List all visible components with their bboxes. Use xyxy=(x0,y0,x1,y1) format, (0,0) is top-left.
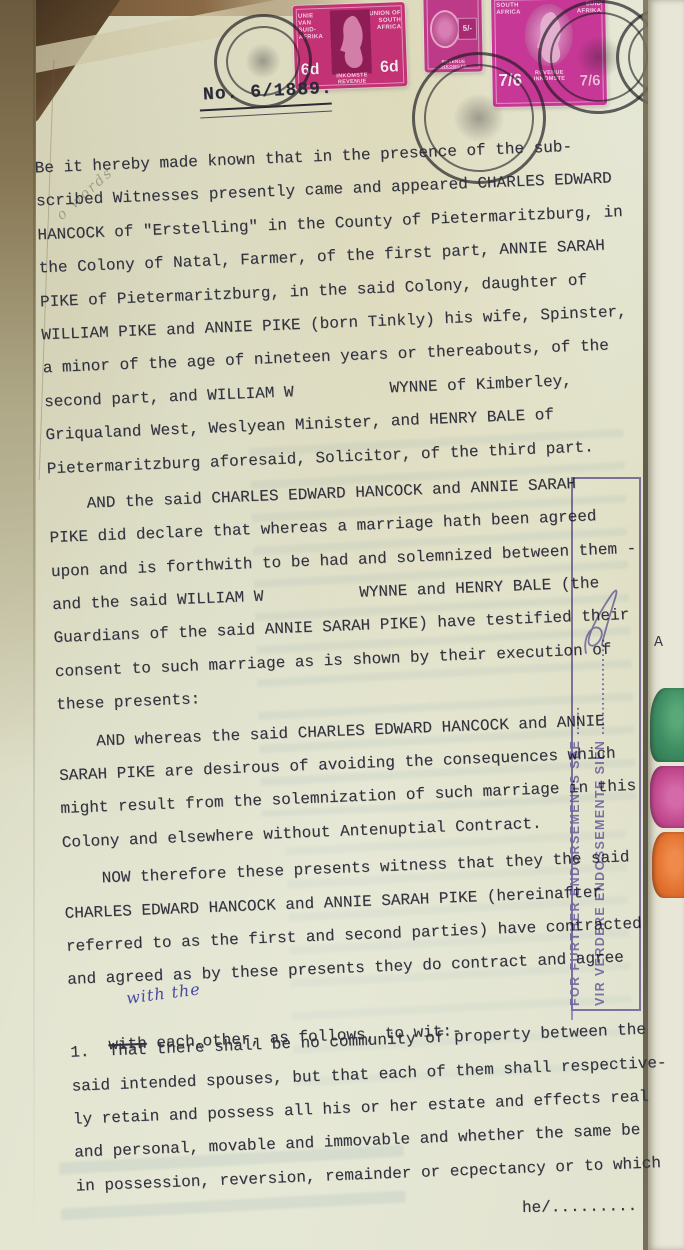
stamp-value-right: 6d xyxy=(380,58,399,77)
adjacent-page-letter: A xyxy=(654,634,663,651)
stamp-country-left: SOUTH AFRICA xyxy=(496,2,522,16)
left-page-edge xyxy=(0,0,36,1250)
stamp-country-right: UNION OF SOUTH AFRICA xyxy=(369,10,402,32)
paragraph: AND the said CHARLES EDWARD HANCOCK and … xyxy=(48,465,659,723)
stamp-value-tablet: 5/- xyxy=(458,18,477,40)
stamp-portrait-panel xyxy=(330,9,372,74)
paragraph: 1. That there shall be no community of p… xyxy=(70,1013,678,1204)
endorsement-text-afrikaans: VIR VERDERE ENDOSSEMENTE SIEN ..........… xyxy=(593,490,608,1006)
adjacent-stamp-fragment-orange xyxy=(652,832,684,898)
king-profile-icon xyxy=(330,9,372,74)
adjacent-stamp-fragment-green xyxy=(650,688,684,762)
stamp-inscription: INKOMSTE REVENUE xyxy=(333,72,371,85)
handwritten-initials xyxy=(576,575,628,671)
catchword: he/......... xyxy=(522,1197,638,1217)
endorsement-stamp-border-tail xyxy=(571,1006,573,1020)
endorsement-text-english: FOR FURTHER ENDORSEMENTS SEE ...... xyxy=(568,490,583,1006)
paragraph: Be it hereby made known that in the pres… xyxy=(34,128,649,486)
endorsement-rubber-stamp: FOR FURTHER ENDORSEMENTS SEE ...... VIR … xyxy=(571,477,641,1011)
scanned-document-page: o words UNIE VAN SUID- AFRIKA UNION OF S… xyxy=(0,0,684,1250)
adjacent-stamp-fragment-magenta xyxy=(650,766,684,828)
